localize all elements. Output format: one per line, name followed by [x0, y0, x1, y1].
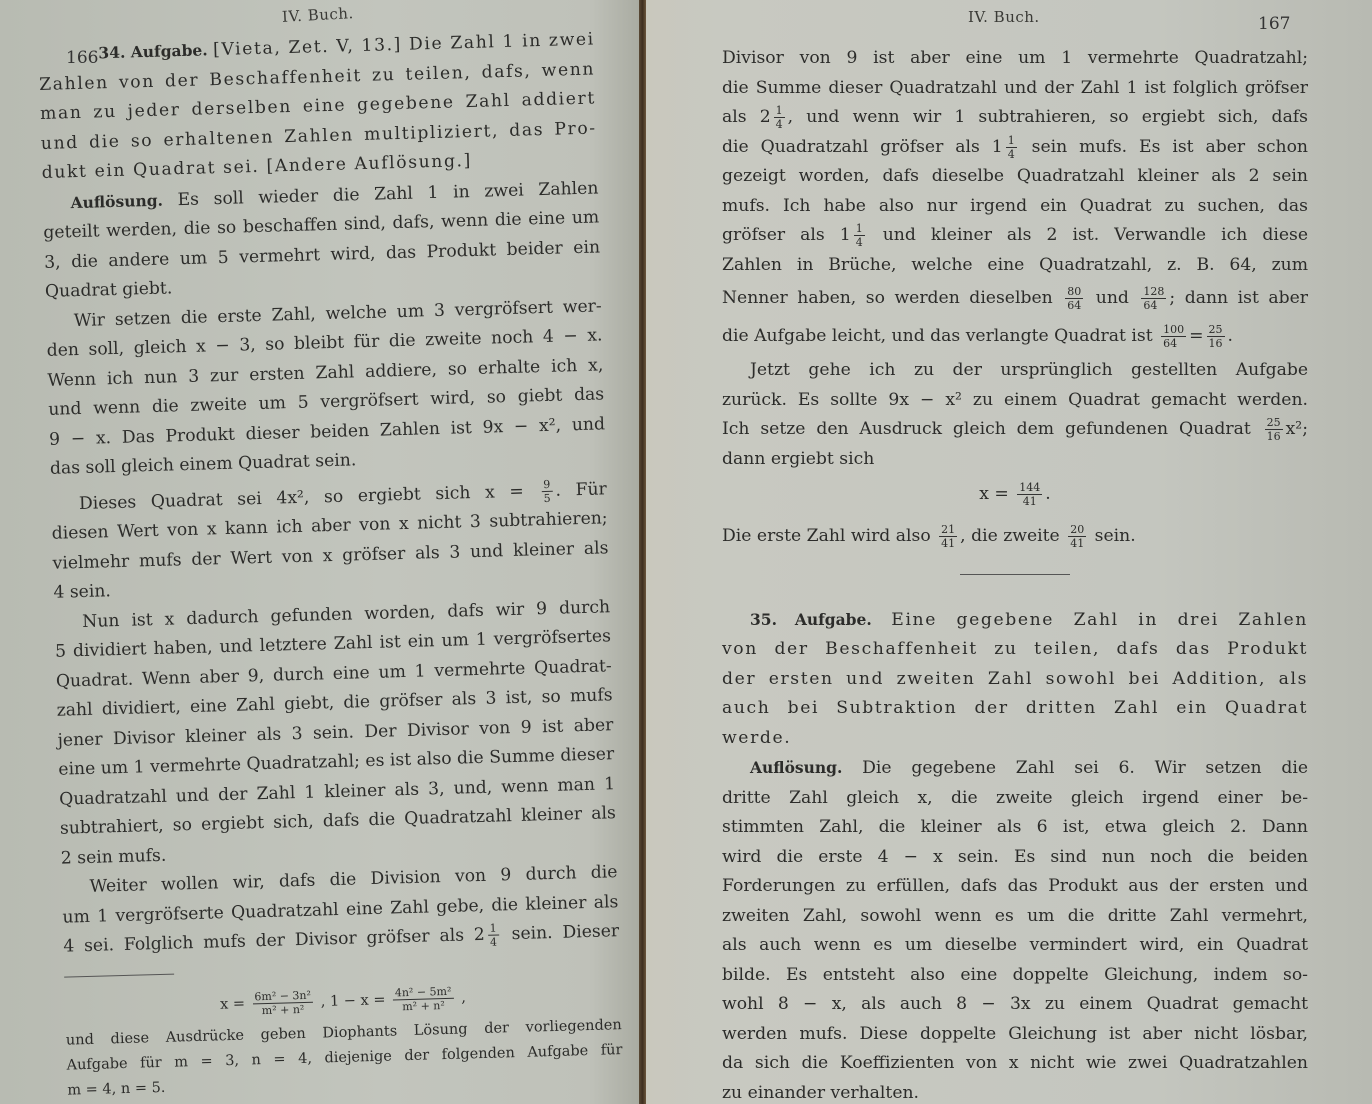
section-divider [960, 574, 1070, 575]
equation-x: x = 14441. [722, 480, 1308, 510]
fraction: 2041 [1068, 523, 1086, 550]
fraction: 14 [774, 104, 785, 131]
fraction: 8064 [1065, 285, 1083, 312]
open-book-spread: IV. Buch. 166 34. Aufgabe. [Vieta, Zet. … [0, 0, 1372, 1104]
running-head-left: IV. Buch. [282, 4, 355, 26]
solution-label: Auflösung. [750, 758, 842, 777]
fraction: 14 [854, 222, 865, 249]
fraction: 2516 [1265, 416, 1283, 443]
problem-35: 35. Aufgabe. Eine gegebene Zahl in drei … [722, 605, 1308, 754]
left-text-block: 34. Aufgabe. [Vieta, Zet. V, 13.] Die Za… [38, 24, 623, 1103]
page-number-right: 167 [1258, 14, 1290, 34]
running-head-right: IV. Buch. [968, 8, 1040, 26]
solution-35: Auflösung. Die gegebene Zahl sei 6. Wir … [722, 753, 1308, 1104]
problem-label: 34. Aufgabe. [98, 40, 208, 62]
fraction: 10064 [1161, 323, 1186, 350]
fraction: 2141 [939, 523, 957, 550]
right-text-block: Divisor von 9 ist aber eine um 1 vermehr… [722, 44, 1308, 1104]
fraction: 2516 [1207, 323, 1225, 350]
solution-label: Auflösung. [70, 190, 163, 212]
footnote: x = 6m² − 3n²m² + n² , 1 − x = 4n² − 5m²… [65, 980, 624, 1103]
fraction: 14 [487, 921, 499, 948]
fraction: 12864 [1141, 285, 1166, 312]
left-page: IV. Buch. 166 34. Aufgabe. [Vieta, Zet. … [0, 0, 641, 1104]
footnote-divider [64, 973, 174, 977]
right-page: IV. Buch. 167 Divisor von 9 ist aber ein… [646, 0, 1372, 1104]
fraction: 95 [541, 477, 553, 504]
fraction: 14 [1006, 134, 1017, 161]
book-gutter [639, 0, 646, 1104]
problem-label: 35. Aufgabe. [750, 610, 872, 629]
